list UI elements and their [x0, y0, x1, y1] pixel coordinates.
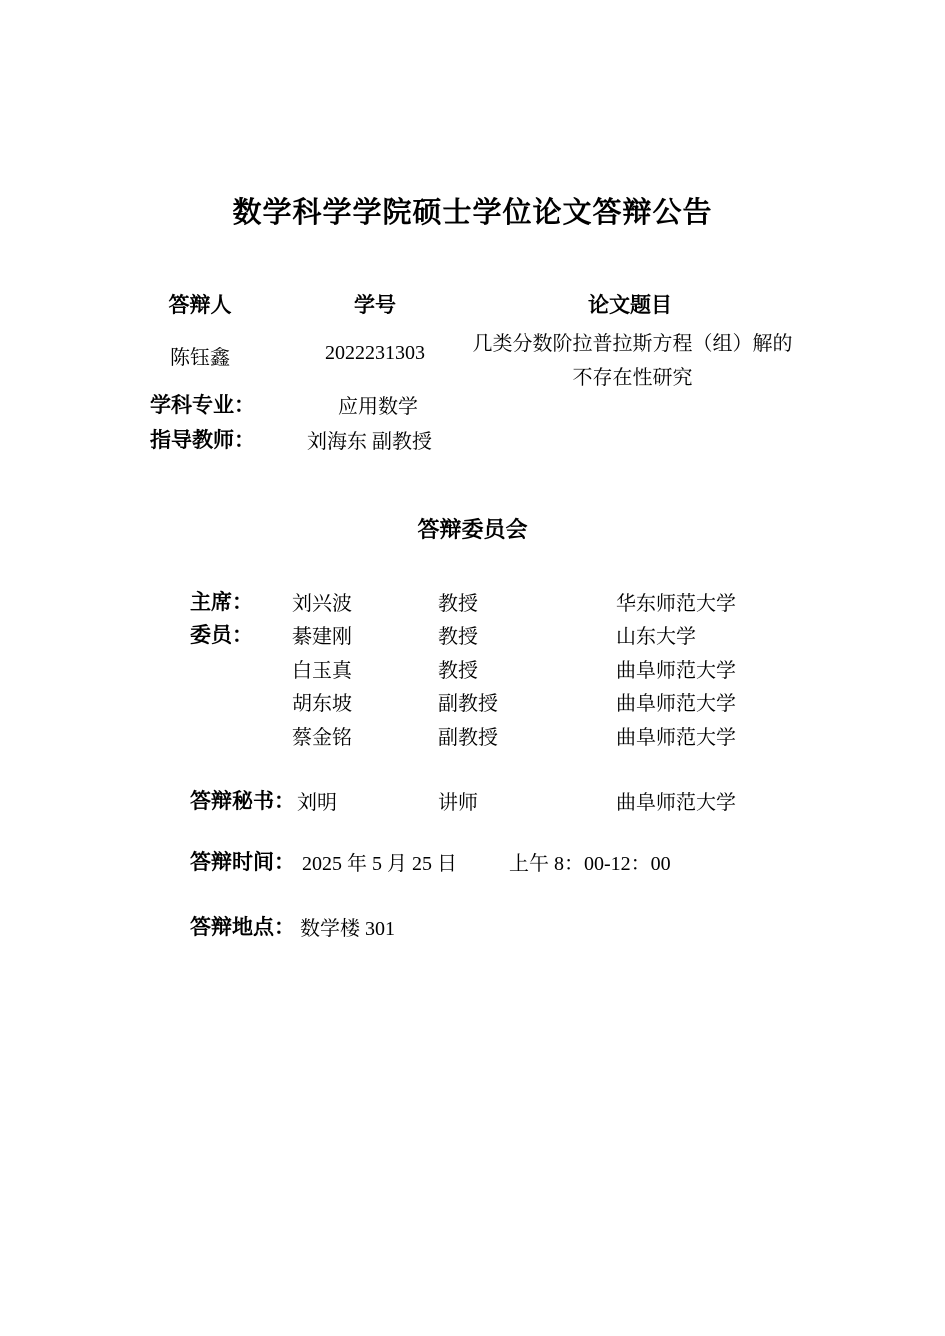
- committee-member-affiliation: 华东师范大学: [616, 587, 736, 616]
- defense-location-row: 答辩地点： 数学楼 301: [190, 911, 810, 941]
- committee-member-title: 副教授: [438, 721, 498, 750]
- advisor-value: 刘海东 副教授: [307, 425, 432, 454]
- advisor-label: 指导教师：: [150, 424, 255, 454]
- committee-row-member: 委员： 綦建刚 教授 山东大学: [190, 619, 810, 652]
- committee-row-member: 胡东坡 副教授 曲阜师范大学: [190, 686, 810, 719]
- committee-member-name: 胡东坡: [292, 687, 352, 716]
- student-id-value: 2022231303: [320, 342, 430, 365]
- secretary-affiliation: 曲阜师范大学: [616, 786, 736, 815]
- defense-location: 数学楼 301: [300, 912, 395, 941]
- committee-member-title: 教授: [438, 654, 478, 683]
- major-value: 应用数学: [338, 390, 418, 419]
- secretary-label: 答辩秘书：: [190, 785, 295, 815]
- thesis-title-line-1: 几类分数阶拉普拉斯方程（组）解的: [460, 327, 805, 361]
- committee-member-title: 副教授: [438, 687, 498, 716]
- defense-time: 上午 8：00-12：00: [509, 847, 671, 876]
- committee-row-chair: 主席： 刘兴波 教授 华东师范大学: [190, 586, 810, 619]
- thesis-title-header: 论文题目: [500, 289, 760, 319]
- defender-header: 答辩人: [150, 289, 250, 319]
- student-id-header: 学号: [320, 289, 430, 319]
- major-row: 学科专业： 应用数学: [150, 389, 810, 417]
- committee-member-affiliation: 曲阜师范大学: [616, 654, 736, 683]
- committee-member-name: 白玉真: [292, 654, 352, 683]
- announcement-document: 数学科学学院硕士学位论文答辩公告 答辩人 学号 论文题目 陈钰鑫 2022231…: [0, 0, 945, 1336]
- committee-heading: 答辩委员会: [0, 513, 945, 544]
- committee-member-affiliation: 曲阜师范大学: [616, 687, 736, 716]
- advisor-row: 指导教师： 刘海东 副教授: [150, 424, 810, 452]
- committee-table: 主席： 刘兴波 教授 华东师范大学 委员： 綦建刚 教授 山东大学 白玉真 教授…: [190, 586, 810, 753]
- committee-member-affiliation: 山东大学: [616, 620, 696, 649]
- committee-member-name: 綦建刚: [292, 620, 352, 649]
- defense-time-label: 答辩时间：: [190, 846, 295, 876]
- committee-member-title: 教授: [438, 587, 478, 616]
- committee-row-member: 蔡金铭 副教授 曲阜师范大学: [190, 720, 810, 753]
- secretary-row: 答辩秘书： 刘明 讲师 曲阜师范大学: [190, 785, 810, 815]
- committee-member-name: 蔡金铭: [292, 721, 352, 750]
- defense-time-row: 答辩时间： 2025 年 5 月 25 日 上午 8：00-12：00: [190, 846, 810, 876]
- defense-location-label: 答辩地点：: [190, 911, 295, 941]
- page-title: 数学科学学院硕士学位论文答辩公告: [0, 190, 945, 231]
- committee-member-affiliation: 曲阜师范大学: [616, 721, 736, 750]
- committee-role-label: 主席：: [190, 586, 253, 616]
- thesis-title-value: 几类分数阶拉普拉斯方程（组）解的 不存在性研究: [460, 327, 805, 395]
- defender-name: 陈钰鑫: [150, 341, 250, 370]
- committee-role-label: 委员：: [190, 619, 253, 649]
- secretary-title: 讲师: [438, 786, 478, 815]
- committee-member-name: 刘兴波: [292, 587, 352, 616]
- secretary-name: 刘明: [297, 786, 337, 815]
- committee-row-member: 白玉真 教授 曲阜师范大学: [190, 653, 810, 686]
- major-label: 学科专业：: [150, 389, 255, 419]
- committee-member-title: 教授: [438, 620, 478, 649]
- defense-date: 2025 年 5 月 25 日: [302, 847, 457, 876]
